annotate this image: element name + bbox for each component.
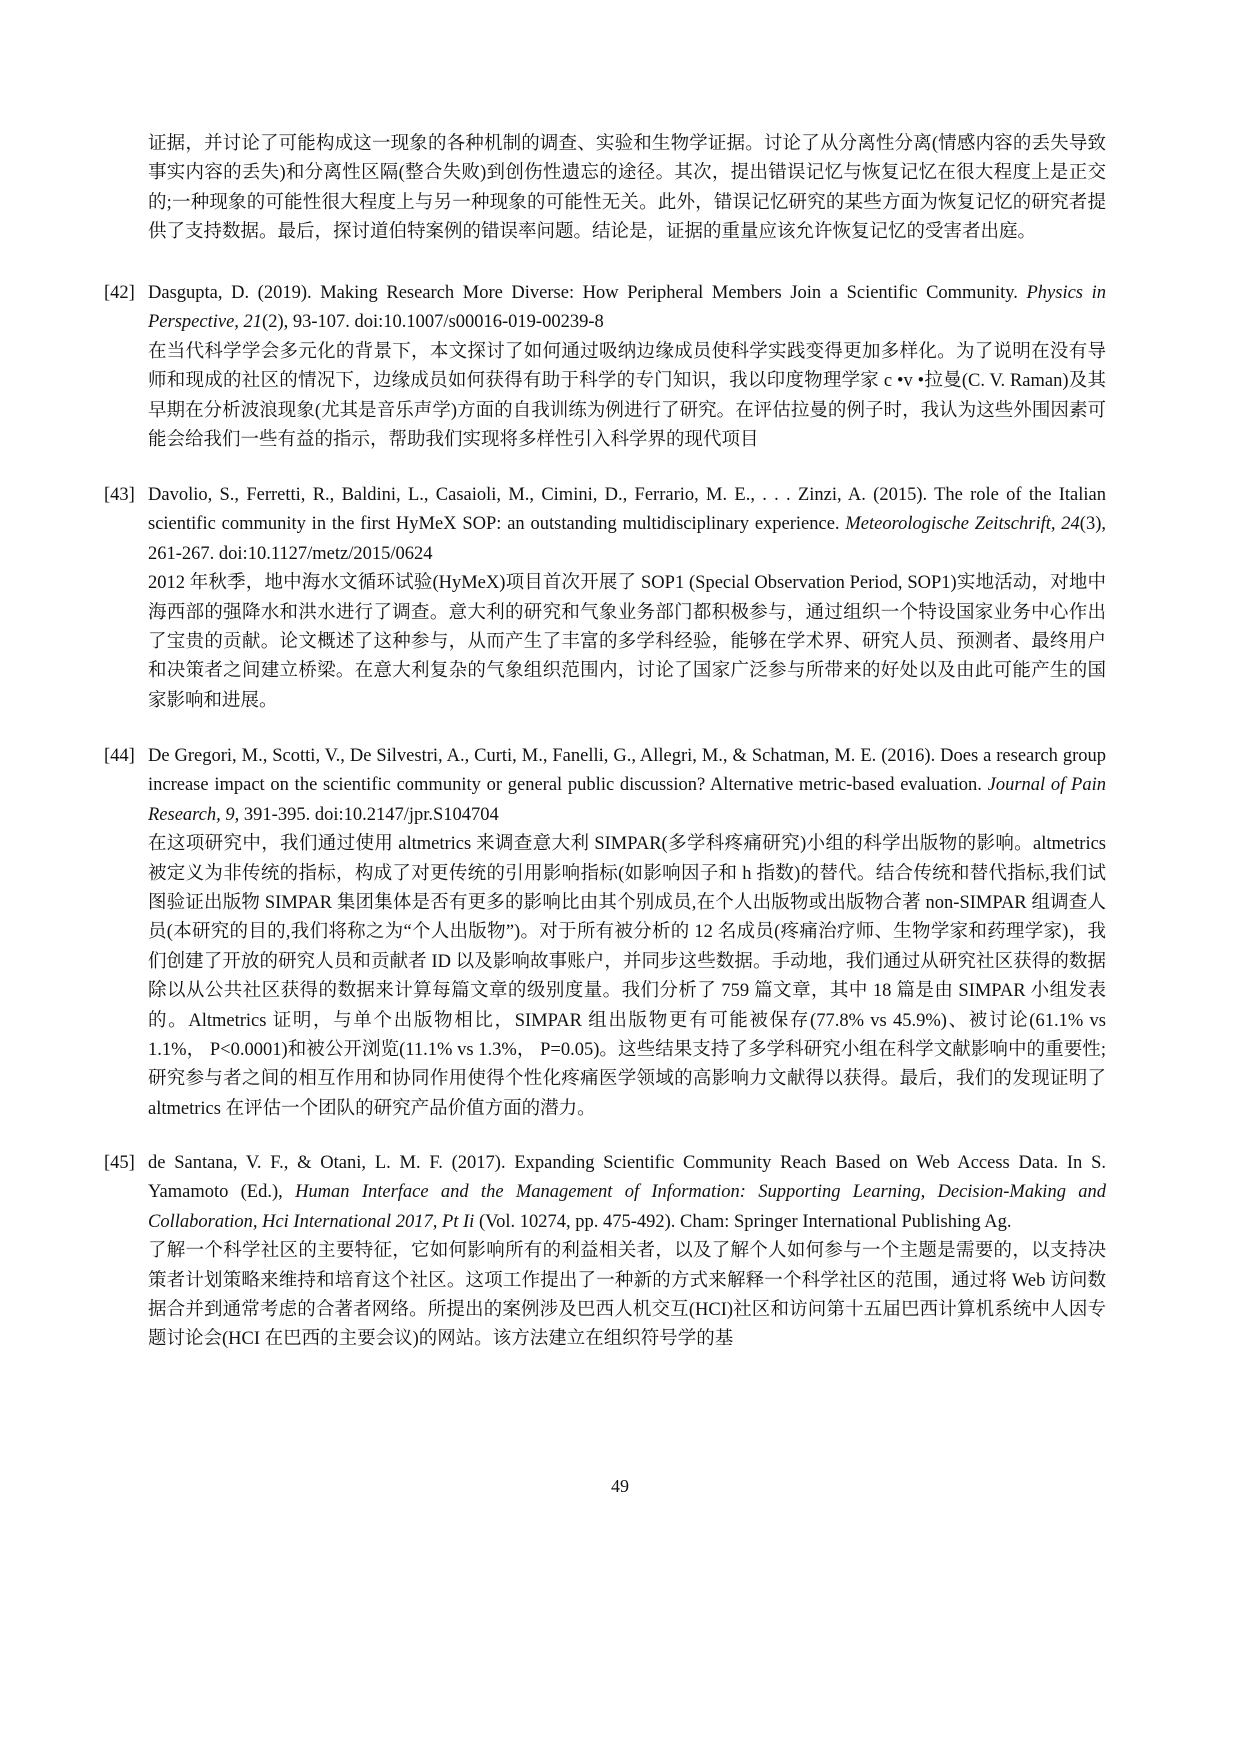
- reference-abstract: 2012 年秋季，地中海水文循环试验(HyMeX)项目首次开展了 SOP1 (S…: [148, 569, 1106, 716]
- citation-text: Dasgupta, D. (2019). Making Research Mor…: [148, 283, 1027, 303]
- reference-citation: de Santana, V. F., & Otani, L. M. F. (20…: [148, 1149, 1106, 1237]
- reference-abstract: 在这项研究中，我们通过使用 altmetrics 来调查意大利 SIMPAR(多…: [148, 830, 1106, 1124]
- reference-42: [42] Dasgupta, D. (2019). Making Researc…: [148, 279, 1106, 455]
- page-number: 49: [0, 1476, 1240, 1497]
- reference-abstract: 了解一个科学社区的主要特征，它如何影响所有的利益相关者，以及了解个人如何参与一个…: [148, 1237, 1106, 1355]
- citation-details: (Vol. 10274, pp. 475-492). Cham: Springe…: [474, 1212, 1011, 1232]
- reference-abstract: 在当代科学学会多元化的背景下，本文探讨了如何通过吸纳边缘成员使科学实践变得更加多…: [148, 338, 1106, 456]
- journal-name: Meteorologische Zeitschrift, 24: [845, 514, 1079, 534]
- reference-number: [45]: [104, 1149, 135, 1178]
- reference-43: [43] Davolio, S., Ferretti, R., Baldini,…: [148, 481, 1106, 716]
- abstract-continuation-text: 证据，并讨论了可能构成这一现象的各种机制的调查、实验和生物学证据。讨论了从分离性…: [148, 134, 1106, 242]
- reference-45: [45] de Santana, V. F., & Otani, L. M. F…: [148, 1149, 1106, 1355]
- citation-details: (2), 93-107. doi:10.1007/s00016-019-0023…: [262, 312, 604, 332]
- abstract-continuation: 证据，并讨论了可能构成这一现象的各种机制的调查、实验和生物学证据。讨论了从分离性…: [148, 130, 1106, 248]
- reference-citation: Davolio, S., Ferretti, R., Baldini, L., …: [148, 481, 1106, 569]
- reference-citation: De Gregori, M., Scotti, V., De Silvestri…: [148, 742, 1106, 830]
- reference-number: [44]: [104, 742, 135, 771]
- citation-details: , 391-395. doi:10.2147/jpr.S104704: [235, 805, 499, 825]
- citation-text: De Gregori, M., Scotti, V., De Silvestri…: [148, 746, 1106, 795]
- reference-citation: Dasgupta, D. (2019). Making Research Mor…: [148, 279, 1106, 338]
- reference-number: [43]: [104, 481, 135, 510]
- reference-number: [42]: [104, 279, 135, 308]
- document-page: 证据，并讨论了可能构成这一现象的各种机制的调查、实验和生物学证据。讨论了从分离性…: [0, 0, 1240, 1753]
- reference-44: [44] De Gregori, M., Scotti, V., De Silv…: [148, 742, 1106, 1124]
